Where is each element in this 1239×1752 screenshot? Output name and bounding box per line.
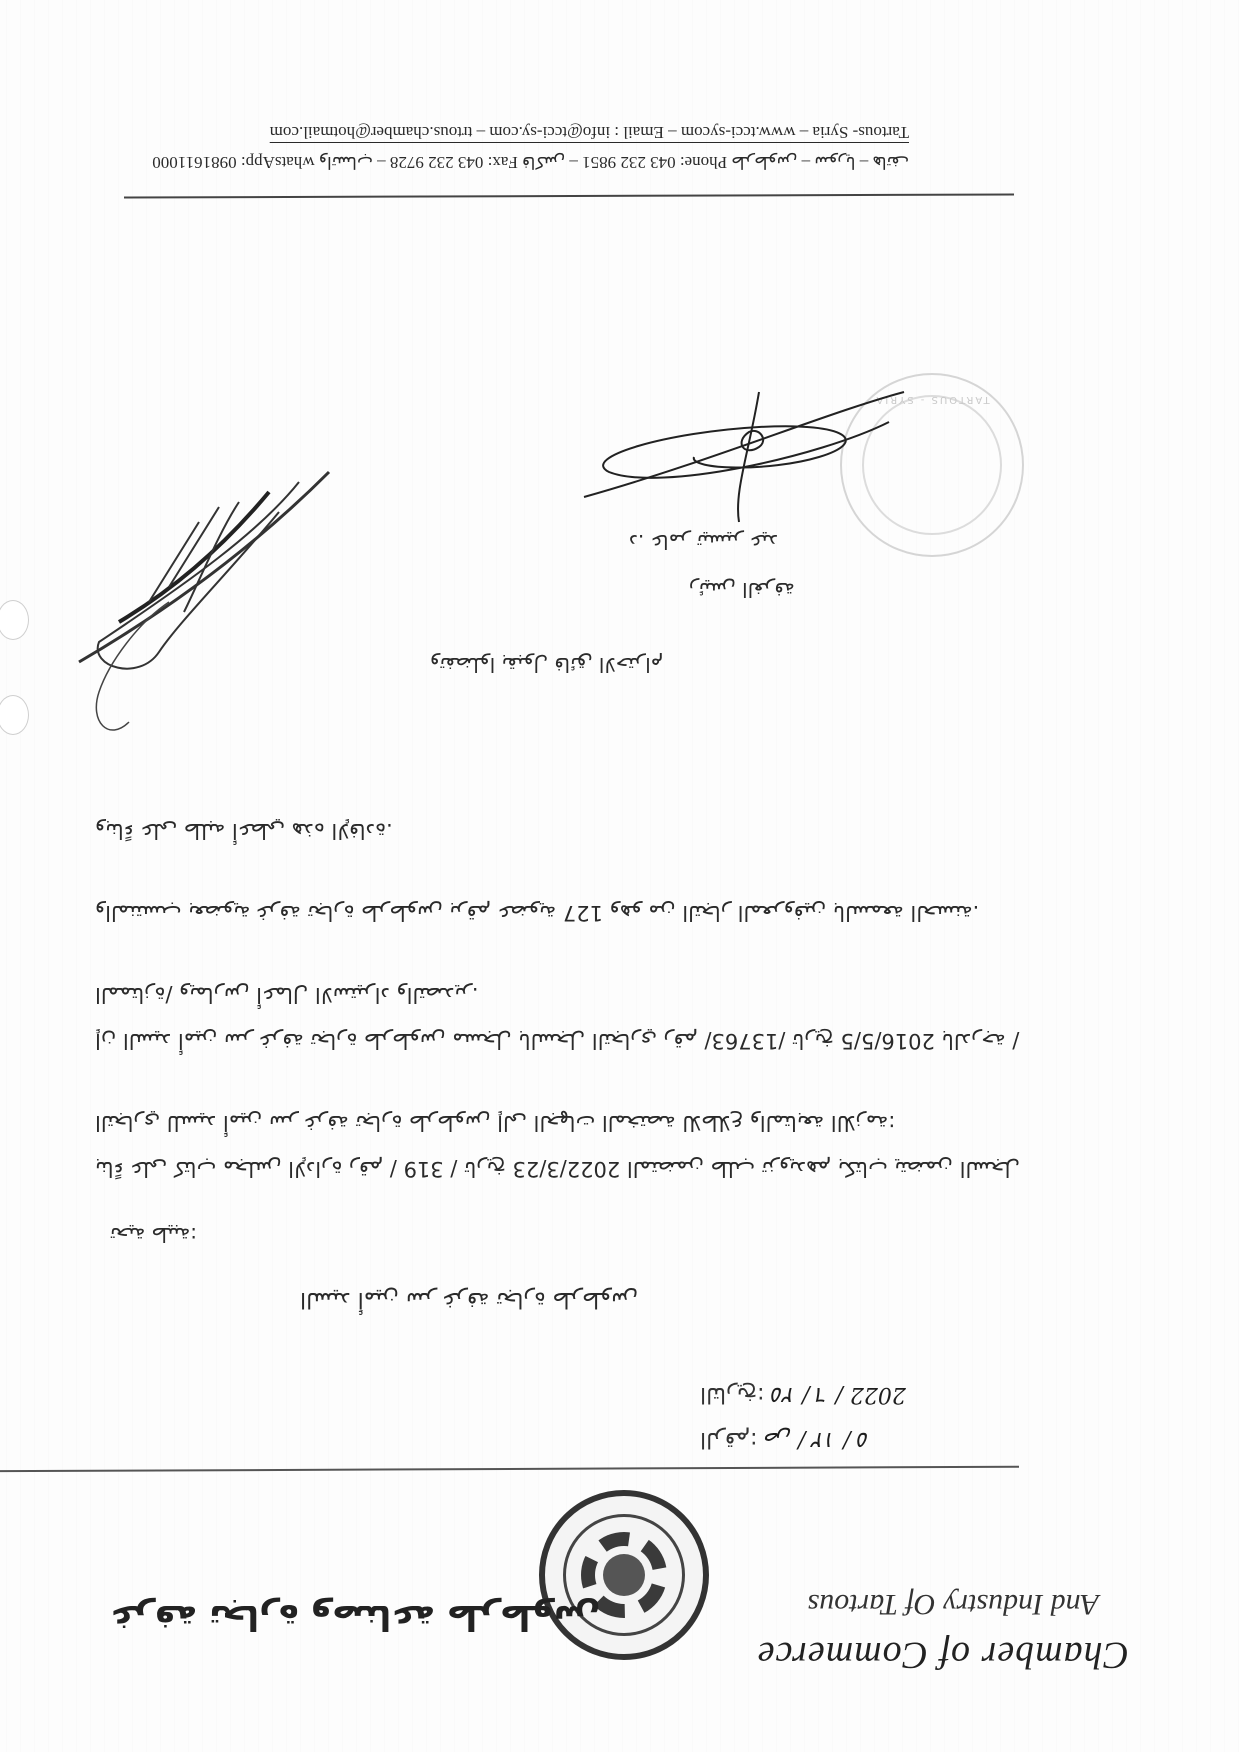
footer-phone-line: طرطوس – سوريا – هاتف Phone: 043 232 9851…: [152, 147, 909, 177]
reference-number-value: ص / ١٢ / ٥: [765, 1427, 870, 1452]
reference-number: الرقم: ص / ١٢ / ٥: [700, 1427, 869, 1452]
letter-date: التاريخ: ٢٥ / ٦ / 2022: [700, 1382, 906, 1407]
greeting: تحية طيبة:: [110, 1223, 197, 1247]
letterhead-english: Chamber of Commerce And Industry Of Tart…: [757, 1587, 1129, 1677]
president-signature-icon: [579, 382, 909, 552]
org-name-english: Chamber of Commerce: [757, 1633, 1129, 1677]
org-name-arabic: غرفة تجارة وصناعة طرطوس: [110, 1597, 600, 1637]
body-paragraph: بناءً على كتاب مجلس الإدارة رقم / 319 / …: [95, 1100, 1069, 1192]
footer-divider: [124, 193, 1014, 198]
header-divider: [0, 1466, 1019, 1473]
letter-body: بناءً على كتاب مجلس الإدارة رقم / 319 / …: [95, 772, 1069, 1192]
secondary-signature-icon: [69, 462, 339, 762]
org-subtitle-english: And Industry Of Tartous: [757, 1587, 1099, 1621]
addressee: السيد أمين سر غرفة تجارة طرطوس: [300, 1287, 638, 1312]
body-paragraph: وبناءً على طلبه أعطي هذه الإفادة.: [95, 808, 1069, 854]
closing-salutation: وتفضلوا بقبول فائق الاحترام: [430, 653, 663, 677]
signatory-title: رئيس الغرفة: [689, 578, 949, 602]
footer-web-email-line: Tartous- Syria – www.tcci-sycom – Email …: [152, 117, 909, 147]
punch-hole: [0, 695, 29, 735]
letter-date-value: ٢٥ / ٦ / 2022: [772, 1382, 906, 1407]
body-paragraph: والمنتسب بعضوية غرفة تجارة طرطوس برقم عض…: [95, 890, 1069, 936]
body-paragraph: إن السيد أمين سر غرفة تجارة طرطوس مسجل ب…: [95, 972, 1069, 1064]
scanned-letter-page: Chamber of Commerce And Industry Of Tart…: [0, 0, 1239, 1752]
punch-hole: [0, 600, 29, 640]
footer-contact: طرطوس – سوريا – هاتف Phone: 043 232 9851…: [152, 117, 909, 177]
